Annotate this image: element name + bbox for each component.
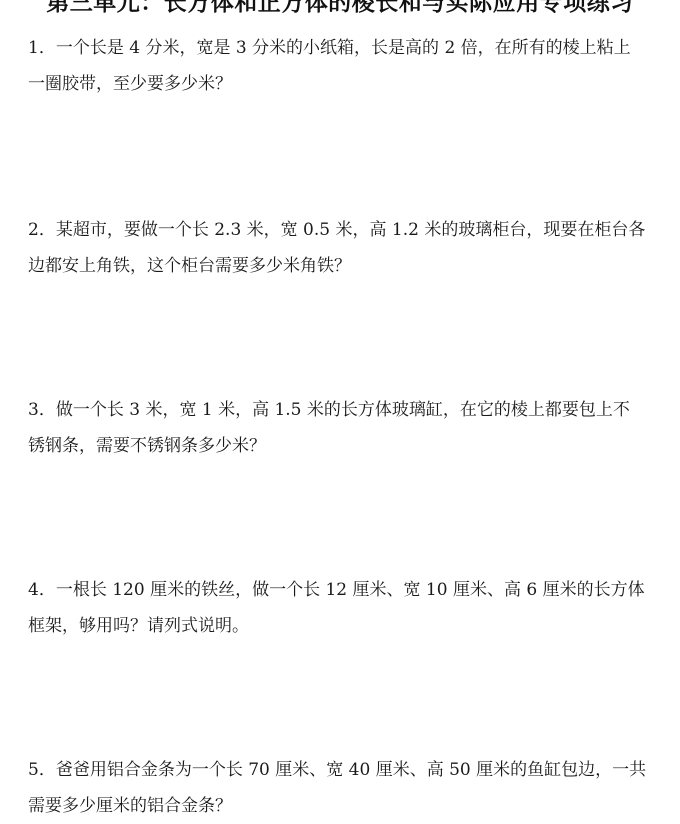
question-1-line-2: 一圈胶带，至少要多少米？ bbox=[28, 66, 668, 102]
question-1-line-1: 1．一个长是 4 分米，宽是 3 分米的小纸箱，长是高的 2 倍，在所有的棱上粘… bbox=[28, 30, 668, 66]
question-3: 3．做一个长 3 米，宽 1 米，高 1.5 米的长方体玻璃缸，在它的棱上都要包… bbox=[28, 392, 668, 464]
question-4-line-1: 4．一根长 120 厘米的铁丝，做一个长 12 厘米、宽 10 厘米、高 6 厘… bbox=[28, 572, 668, 608]
question-3-line-2: 锈钢条，需要不锈钢条多少米？ bbox=[28, 428, 668, 464]
question-3-line-1: 3．做一个长 3 米，宽 1 米，高 1.5 米的长方体玻璃缸，在它的棱上都要包… bbox=[28, 392, 668, 428]
question-5-line-2: 需要多少厘米的铝合金条？ bbox=[28, 788, 668, 824]
question-5-line-1: 5．爸爸用铝合金条为一个长 70 厘米、宽 40 厘米、高 50 厘米的鱼缸包边… bbox=[28, 752, 668, 788]
question-2: 2．某超市，要做一个长 2.3 米，宽 0.5 米，高 1.2 米的玻璃柜台，现… bbox=[28, 212, 668, 284]
question-4-line-2: 框架，够用吗？请列式说明。 bbox=[28, 608, 668, 644]
question-4: 4．一根长 120 厘米的铁丝，做一个长 12 厘米、宽 10 厘米、高 6 厘… bbox=[28, 572, 668, 644]
question-2-line-2: 边都安上角铁，这个柜台需要多少米角铁？ bbox=[28, 248, 668, 284]
page-title: 第三单元：长方体和正方体的棱长和与实际应用专项练习 bbox=[0, 0, 680, 18]
question-5: 5．爸爸用铝合金条为一个长 70 厘米、宽 40 厘米、高 50 厘米的鱼缸包边… bbox=[28, 752, 668, 824]
question-2-line-1: 2．某超市，要做一个长 2.3 米，宽 0.5 米，高 1.2 米的玻璃柜台，现… bbox=[28, 212, 668, 248]
question-1: 1．一个长是 4 分米，宽是 3 分米的小纸箱，长是高的 2 倍，在所有的棱上粘… bbox=[28, 30, 668, 102]
